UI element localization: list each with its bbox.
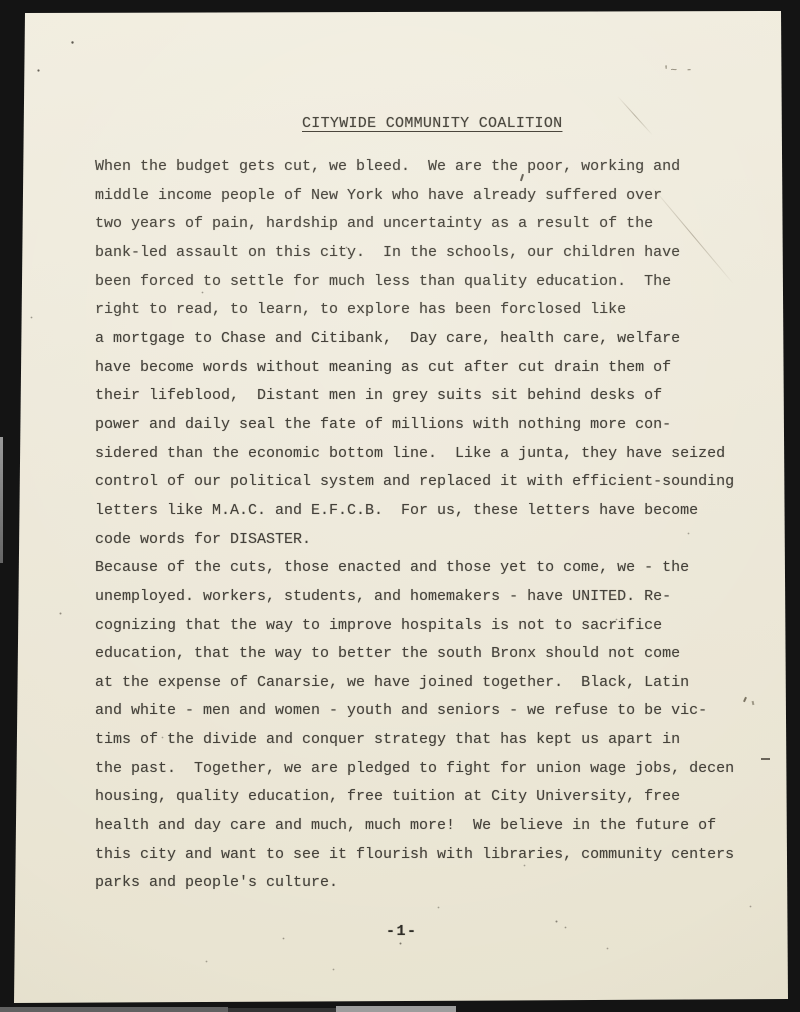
body-line: at the expense of Canarsie, we have join…: [95, 669, 775, 698]
body-line: this city and want to see it flourish wi…: [95, 841, 775, 870]
body-line: control of our political system and repl…: [95, 468, 775, 497]
document-body: When the budget gets cut, we bleed. We a…: [95, 153, 775, 898]
body-line: Because of the cuts, those enacted and t…: [95, 554, 775, 583]
body-line: health and day care and much, much more!…: [95, 812, 775, 841]
document-title: CITYWIDE COMMUNITY COALITION: [302, 116, 562, 131]
body-line: bank-led assault on this city. In the sc…: [95, 239, 775, 268]
body-line: parks and people's culture.: [95, 869, 775, 898]
body-line: housing, quality education, free tuition…: [95, 783, 775, 812]
body-line: education, that the way to better the so…: [95, 640, 775, 669]
body-line: a mortgage to Chase and Citibank, Day ca…: [95, 325, 775, 354]
body-line: sidered than the economic bottom line. L…: [95, 440, 775, 469]
body-line: and white - men and women - youth and se…: [95, 697, 775, 726]
body-line: two years of pain, hardship and uncertai…: [95, 210, 775, 239]
body-line: cognizing that the way to improve hospit…: [95, 612, 775, 641]
body-line: middle income people of New York who hav…: [95, 182, 775, 211]
body-line: their lifeblood, Distant men in grey sui…: [95, 382, 775, 411]
margin-dash-mark: [761, 758, 770, 760]
body-line: unemployed. workers, students, and homem…: [95, 583, 775, 612]
scanned-page: CITYWIDE COMMUNITY COALITION When the bu…: [0, 0, 800, 1012]
body-line: letters like M.A.C. and E.F.C.B. For us,…: [95, 497, 775, 526]
body-line: tims of the divide and conquer strategy …: [95, 726, 775, 755]
page-number: -1-: [386, 924, 418, 939]
body-line: power and daily seal the fate of million…: [95, 411, 775, 440]
body-line: right to read, to learn, to explore has …: [95, 296, 775, 325]
body-line: have become words without meaning as cut…: [95, 354, 775, 383]
body-line: been forced to settle for much less than…: [95, 268, 775, 297]
body-line: code words for DISASTER.: [95, 526, 775, 555]
body-line: the past. Together, we are pledged to fi…: [95, 755, 775, 784]
document-text-layer: CITYWIDE COMMUNITY COALITION When the bu…: [0, 0, 800, 1012]
body-line: When the budget gets cut, we bleed. We a…: [95, 153, 775, 182]
faint-corner-mark: '~ -: [663, 65, 694, 77]
